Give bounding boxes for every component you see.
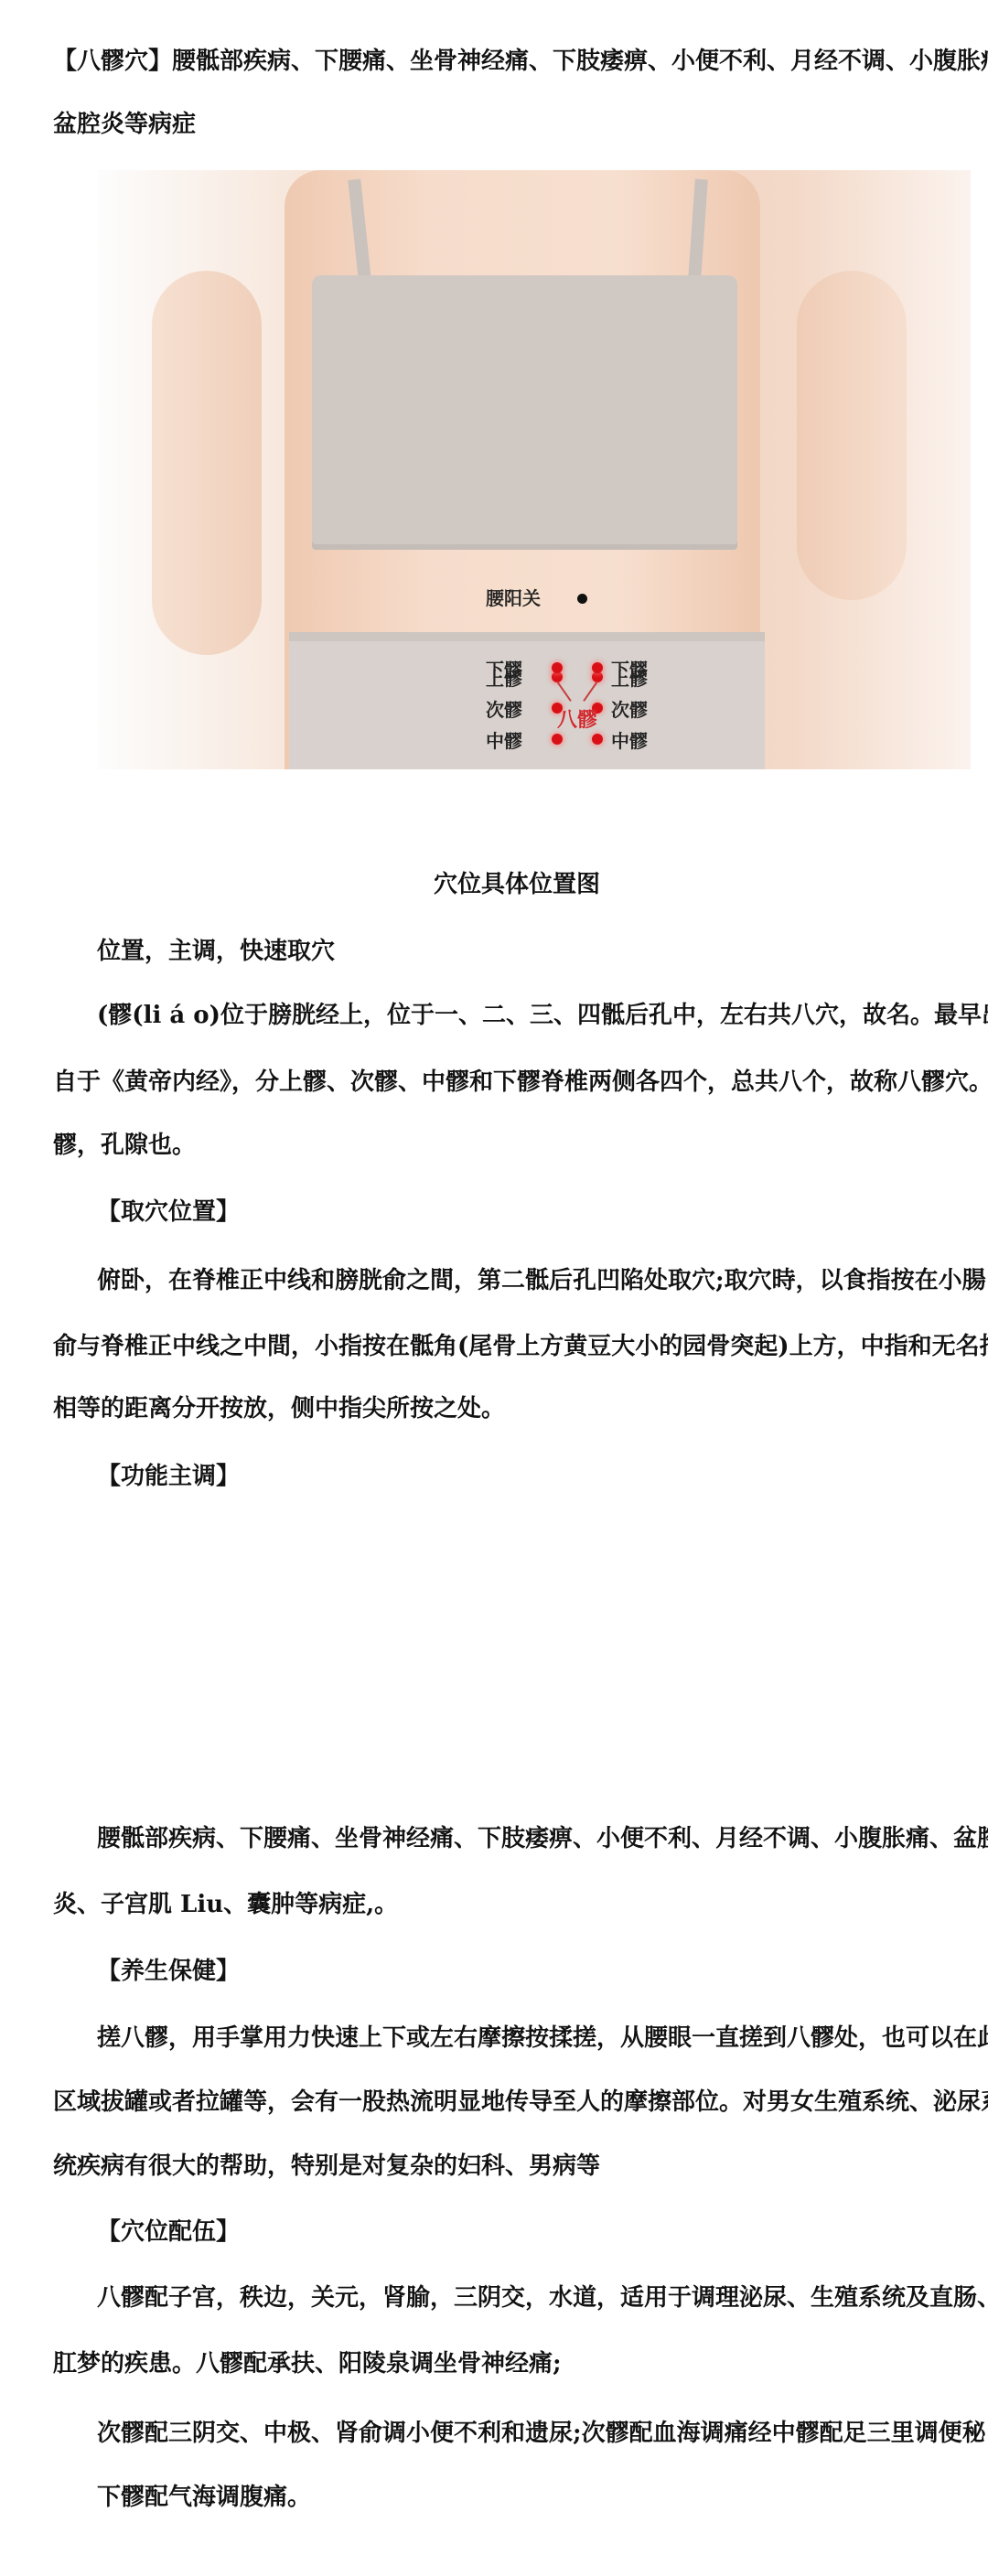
heading-function: 【功能主调】	[97, 1461, 240, 1492]
health-line: 区域拔罐或者拉罐等，会有一股热流明显地传导至人的摩擦部位。对男女生殖系统、泌尿系	[53, 2087, 935, 2118]
intro-paragraph-line: 髎，孔隙也。	[53, 1130, 196, 1161]
health-line: 搓八髎，用手掌用力快速上下或左右摩擦按揉搓，从腰眼一直搓到八髎处，也可以在此	[97, 2023, 935, 2054]
location-line: 俞与脊椎正中线之中間，小指按在骶角(尾骨上方黄豆大小的园骨突起)上方，中指和无名…	[53, 1331, 935, 1362]
intro-line-2: 盆腔炎等病症	[53, 109, 196, 140]
yaoyangguan-point-icon	[577, 594, 587, 604]
acupoint-photo: 腰阳关 上髎 上髎 次髎 次髎 中髎 中髎	[97, 170, 971, 769]
combination-line: 肛梦的疾患。八髎配承扶、阳陵泉调坐骨神经痛;	[53, 2348, 562, 2379]
label-ciliao-right: 次髎	[611, 695, 648, 722]
label-yaoyangguan: 腰阳关	[486, 584, 541, 610]
grey-top-shape	[312, 275, 737, 550]
health-line: 统疾病有很大的帮助，特别是对复杂的妇科、男病等	[53, 2151, 600, 2182]
combination-line: 八髎配子宫，秩边，关元，肾腧，三阴交，水道，适用于调理泌尿、生殖系统及直肠、	[97, 2282, 935, 2313]
left-arm-shape	[152, 271, 262, 655]
intro-line-1: 【八髎穴】腰骶部疾病、下腰痛、坐骨神经痛、下肢痿痹、小便不利、月经不调、小腹胀痛…	[53, 46, 935, 77]
grey-pants-shape	[289, 632, 765, 769]
label-shangliao-right: 上髎	[611, 664, 648, 691]
label-shangliao-left: 上髎	[486, 664, 522, 691]
location-line: 俯卧，在脊椎正中线和膀胱俞之間，第二骶后孔凹陷处取穴;取穴時，以食指按在小腸	[97, 1265, 935, 1296]
label-zhongliao-right: 中髎	[611, 726, 648, 753]
intro-paragraph-line: 自于《黄帝内经》，分上髎、次髎、中髎和下髎脊椎两侧各四个，总共八个，故称八髎穴。	[53, 1067, 935, 1098]
shangliao-right-point-icon	[592, 671, 603, 682]
label-ciliao-left: 次髎	[486, 695, 522, 722]
function-line: 炎、子宫肌 Liu、囊肿等病症,。	[53, 1889, 398, 1920]
zhongliao-right-point-icon	[592, 734, 603, 745]
heading-health: 【养生保健】	[97, 1956, 240, 1987]
ciliao-right-point-icon	[592, 703, 603, 714]
combination-line: 下髎配气海调腹痛。	[97, 2482, 311, 2513]
heading-location: 【取穴位置】	[97, 1197, 240, 1228]
heading-combination: 【穴位配伍】	[97, 2216, 240, 2248]
shangliao-left-point-icon	[552, 671, 563, 682]
location-line: 相等的距离分开按放，侧中指尖所按之处。	[53, 1393, 505, 1424]
zhongliao-left-point-icon	[552, 734, 563, 745]
ciliao-left-point-icon	[552, 703, 563, 714]
right-arm-shape	[797, 271, 907, 600]
intro-paragraph-line: (髎(li á o)位于膀胱经上，位于一、二、三、四骶后孔中，左右共八穴，故名。…	[97, 1000, 935, 1031]
section-subtitle: 位置，主调，快速取穴	[97, 936, 335, 967]
function-line: 腰骶部疾病、下腰痛、坐骨神经痛、下肢痿痹、小便不利、月经不调、小腹胀痛、盆腔	[97, 1823, 935, 1854]
figure-caption: 穴位具体位置图	[0, 869, 988, 900]
combination-line: 次髎配三阴交、中极、肾俞调小便不利和遗尿;次髎配血海调痛经中髎配足三里调便秘:	[97, 2418, 935, 2449]
label-zhongliao-left: 中髎	[486, 726, 522, 753]
